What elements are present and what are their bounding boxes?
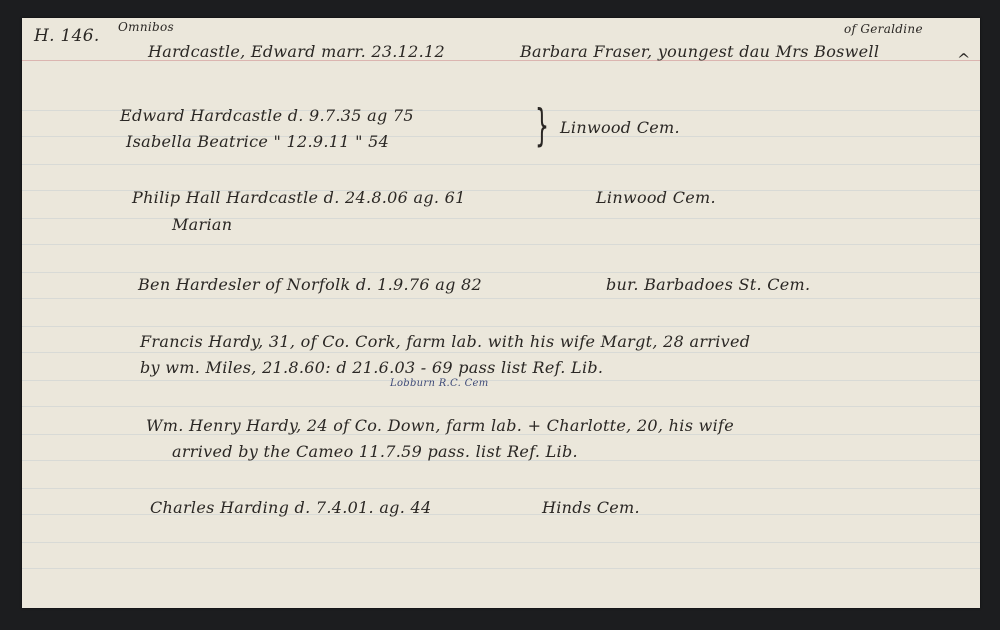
ruled-line	[22, 164, 980, 165]
entry-line: Charles Harding d. 7.4.01. ag. 44	[150, 498, 431, 517]
ruled-line	[22, 406, 980, 407]
ruled-line	[22, 542, 980, 543]
header-annotation: Omnibos	[118, 20, 174, 34]
ruled-line	[22, 244, 980, 245]
entry-burial: Linwood Cem.	[560, 118, 680, 137]
header-insert: of Geraldine	[844, 22, 923, 36]
entry-burial: bur. Barbadoes St. Cem.	[606, 275, 810, 294]
index-card: H. 146. Omnibos Hardcastle, Edward marr.…	[22, 18, 980, 608]
entry-line: Philip Hall Hardcastle d. 24.8.06 ag. 61	[132, 188, 466, 207]
entry-line: Francis Hardy, 31, of Co. Cork, farm lab…	[140, 332, 750, 351]
entry-burial: Linwood Cem.	[596, 188, 716, 207]
header-line-2: Barbara Fraser, youngest dau Mrs Boswell	[520, 42, 879, 61]
entry-line: arrived by the Cameo 11.7.59 pass. list …	[172, 442, 578, 461]
entry-line: by wm. Miles, 21.8.60: d 21.6.03 - 69 pa…	[140, 358, 603, 377]
ruled-line	[22, 272, 980, 273]
ruled-line	[22, 352, 980, 353]
header-line-1: Hardcastle, Edward marr. 23.12.12	[148, 42, 445, 61]
entry-line: Edward Hardcastle d. 9.7.35 ag 75	[120, 106, 414, 125]
card-reference: H. 146.	[34, 26, 100, 46]
ruled-line	[22, 218, 980, 219]
entry-line: Isabella Beatrice " 12.9.11 " 54	[126, 132, 389, 151]
ruled-line	[22, 380, 980, 381]
entry-burial: Hinds Cem.	[542, 498, 640, 517]
ruled-line	[22, 488, 980, 489]
entry-line: Wm. Henry Hardy, 24 of Co. Down, farm la…	[146, 416, 734, 435]
ruled-line	[22, 568, 980, 569]
entry-line: Marian	[172, 215, 232, 234]
entry-annotation: Lobburn R.C. Cem	[390, 378, 489, 389]
ruled-line	[22, 326, 980, 327]
ruled-line	[22, 298, 980, 299]
entry-line: Ben Hardesler of Norfolk d. 1.9.76 ag 82	[138, 275, 482, 294]
brace: }	[535, 104, 549, 148]
caret-mark: ^	[957, 50, 971, 69]
